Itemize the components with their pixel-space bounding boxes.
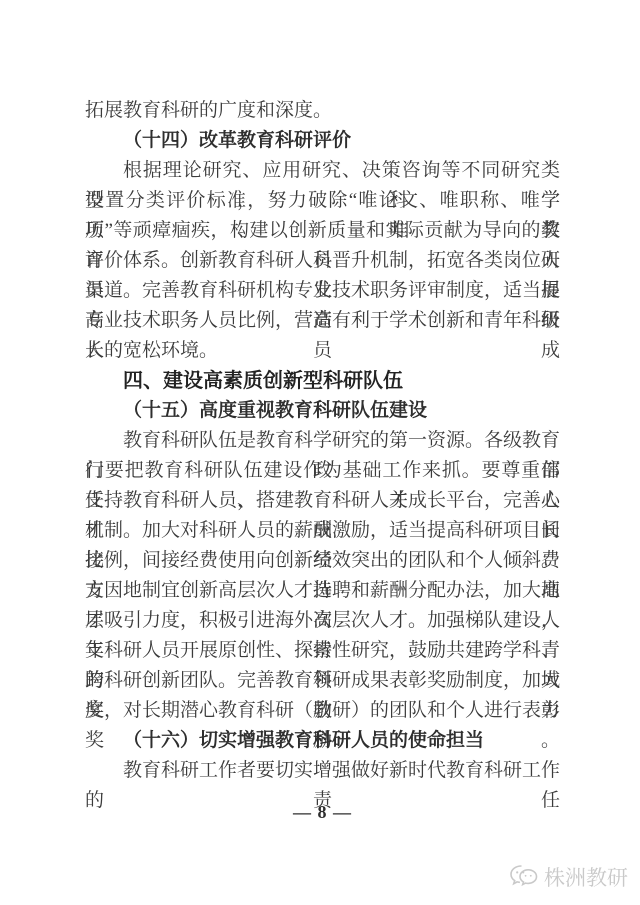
paragraph-line: 根据理论研究、应用研究、决策咨询等不同研究类型，科学 [85, 156, 560, 186]
paragraph-line: 方因地制宜创新高层次人才选聘和薪酬分配办法，加大高层次人 [85, 576, 560, 606]
paragraph-line: 门要把教育科研队伍建设作为基础工作来抓。要尊重信任、关心 [85, 456, 560, 486]
paragraph-line: 专业技术职务人员比例，营造有利于学术创新和青年科研人员成 [85, 306, 560, 336]
wechat-logo-icon [509, 864, 539, 890]
paragraph-line: 渠道。完善教育科研机构专业技术职务评审制度，适当提高高级 [85, 276, 560, 306]
paragraph-line: 的科研创新团队。完善教育科研成果表彰奖励制度，加大奖励力 [85, 666, 560, 696]
paragraph-line: 拓展教育科研的广度和深度。 [85, 96, 560, 126]
paragraph-line: 比例，间接经费使用向创新绩效突出的团队和个人倾斜。支持地 [85, 546, 560, 576]
document-page: 拓展教育科研的广度和深度。 （十四）改革教育科研评价 根据理论研究、应用研究、决… [0, 0, 640, 823]
paragraph-line: 项”等顽瘴痼疾，构建以创新质量和实际贡献为导向的教育科研 [85, 216, 560, 246]
heading-section-15: （十五）高度重视教育科研队伍建设 [85, 396, 560, 426]
paragraph-line: 年科研人员开展原创性、探索性研究，鼓励共建跨学科、跨领域 [85, 636, 560, 666]
paragraph-line: 才吸引力度，积极引进海外高层次人才。加强梯队建设，支持青 [85, 606, 560, 636]
paragraph-line: 教育科研工作者要切实增强做好新时代教育科研工作的责任 [85, 756, 560, 786]
heading-chapter-4: 四、建设高素质创新型科研队伍 [85, 366, 560, 396]
paragraph-line: 评价体系。创新教育科研人员晋升机制，拓宽各类岗位人员发展 [85, 246, 560, 276]
paragraph-line: 设置分类评价标准，努力破除“唯论文、唯职称、唯学历、唯奖 [85, 186, 560, 216]
paragraph-line: 教育科研队伍是教育科学研究的第一资源。各级教育行政部 [85, 426, 560, 456]
paragraph-line: 度，对长期潜心教育科研（教研）的团队和个人进行表彰奖励。 [85, 696, 560, 726]
watermark: 株洲教研 [509, 862, 628, 892]
paragraph-line: 支持教育科研人员，搭建教育科研人才成长平台，完善人才成长 [85, 486, 560, 516]
watermark-label: 株洲教研 [544, 862, 628, 892]
heading-section-14: （十四）改革教育科研评价 [85, 126, 560, 156]
paragraph-line: 机制。加大对科研人员的薪酬激励，适当提高科研项目间接经费 [85, 516, 560, 546]
